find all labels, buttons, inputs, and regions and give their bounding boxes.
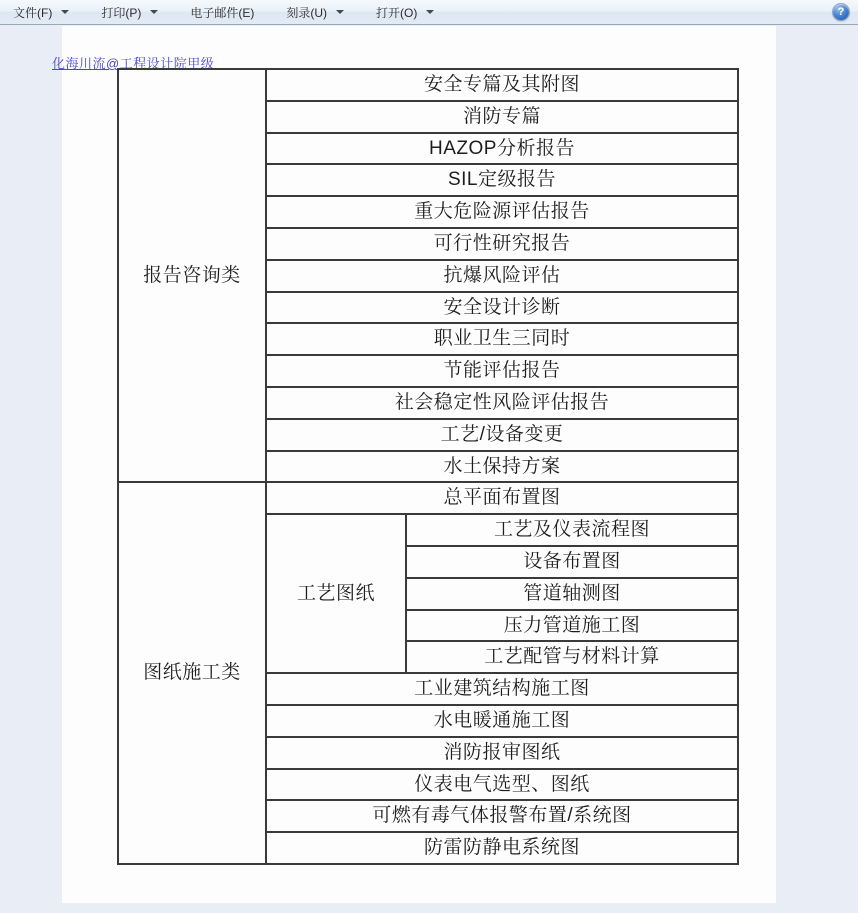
item-cell: 水土保持方案 xyxy=(266,451,738,483)
item-cell: 管道轴测图 xyxy=(406,578,738,610)
menu-open-label: 打开(O) xyxy=(376,4,417,21)
item-cell: 消防专篇 xyxy=(266,101,738,133)
menu-email-label: 电子邮件(E) xyxy=(190,4,254,21)
menu-open[interactable]: 打开(O) xyxy=(367,0,443,24)
category-cell: 报告咨询类 xyxy=(118,69,266,482)
item-cell: 仪表电气选型、图纸 xyxy=(266,769,738,801)
menu-burn[interactable]: 刻录(U) xyxy=(277,0,353,24)
menu-file[interactable]: 文件(F) xyxy=(4,0,78,24)
item-cell: 设备布置图 xyxy=(406,546,738,578)
menu-burn-label: 刻录(U) xyxy=(286,4,327,21)
item-cell: 抗爆风险评估 xyxy=(266,260,738,292)
category-cell: 图纸施工类 xyxy=(118,482,266,864)
table-row: 报告咨询类 安全专篇及其附图 xyxy=(118,69,738,101)
item-cell: HAZOP分析报告 xyxy=(266,133,738,165)
chevron-down-icon[interactable] xyxy=(150,10,158,14)
menu-file-label: 文件(F) xyxy=(13,4,52,21)
item-cell: 工业建筑结构施工图 xyxy=(266,673,738,705)
item-cell: 重大危险源评估报告 xyxy=(266,196,738,228)
item-cell: 防雷防静电系统图 xyxy=(266,832,738,864)
document-table: 报告咨询类 安全专篇及其附图 消防专篇 HAZOP分析报告 SIL定级报告 重大… xyxy=(117,68,739,865)
chevron-down-icon[interactable] xyxy=(426,10,434,14)
menu-bar: 文件(F) 打印(P) 电子邮件(E) 刻录(U) 打开(O) ? xyxy=(0,0,858,25)
menu-print-label: 打印(P) xyxy=(101,4,141,21)
item-cell: 节能评估报告 xyxy=(266,355,738,387)
item-cell: 总平面布置图 xyxy=(266,482,738,514)
subgroup-cell: 工艺图纸 xyxy=(266,514,406,673)
item-cell: 消防报审图纸 xyxy=(266,737,738,769)
item-cell: 工艺及仪表流程图 xyxy=(406,514,738,546)
item-cell: 安全设计诊断 xyxy=(266,292,738,324)
item-cell: 安全专篇及其附图 xyxy=(266,69,738,101)
menu-print[interactable]: 打印(P) xyxy=(92,0,167,24)
item-cell: 水电暖通施工图 xyxy=(266,705,738,737)
item-cell: 可燃有毒气体报警布置/系统图 xyxy=(266,800,738,832)
photo-viewer-window: 文件(F) 打印(P) 电子邮件(E) 刻录(U) 打开(O) ? 化海川流@工… xyxy=(0,0,858,913)
item-cell: 工艺配管与材料计算 xyxy=(406,641,738,673)
help-question-icon[interactable]: ? xyxy=(832,3,850,21)
item-cell: 压力管道施工图 xyxy=(406,610,738,642)
item-cell: 社会稳定性风险评估报告 xyxy=(266,387,738,419)
chevron-down-icon[interactable] xyxy=(336,10,344,14)
item-cell: 可行性研究报告 xyxy=(266,228,738,260)
help-button[interactable]: ? xyxy=(832,3,850,21)
menu-email[interactable]: 电子邮件(E) xyxy=(181,0,263,24)
item-cell: 工艺/设备变更 xyxy=(266,419,738,451)
item-cell: 职业卫生三同时 xyxy=(266,323,738,355)
item-cell: SIL定级报告 xyxy=(266,164,738,196)
chevron-down-icon[interactable] xyxy=(61,10,69,14)
table-row: 图纸施工类 总平面布置图 xyxy=(118,482,738,514)
